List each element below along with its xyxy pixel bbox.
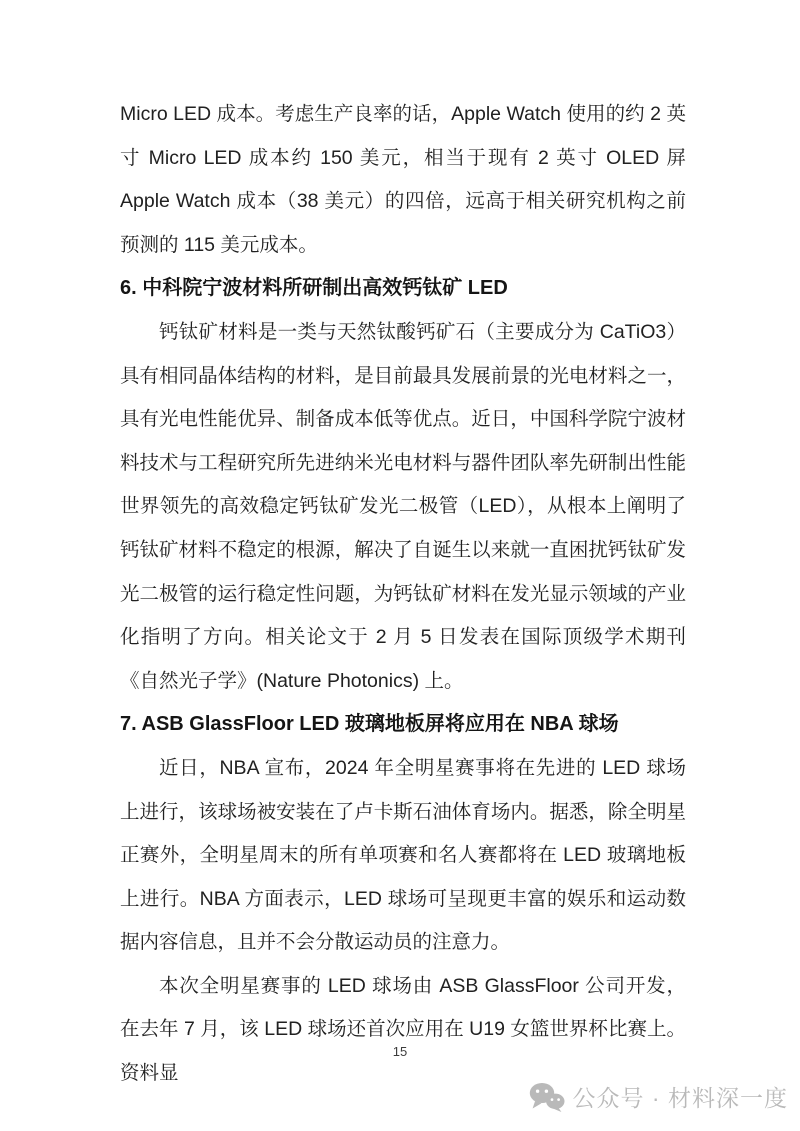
body-paragraph: 本次全明星赛事的 LED 球场由 ASB GlassFloor 公司开发，在去年… [120,965,686,1096]
watermark-label: 公众号 · 材料深一度 [573,1080,788,1113]
document-page: Micro LED 成本。考虑生产良率的话，Apple Watch 使用的约 2… [0,0,800,1131]
section-heading: 6. 中科院宁波材料所研制出高效钙钛矿 LED [120,267,686,311]
page-number: 15 [0,1044,800,1059]
section-heading: 7. ASB GlassFloor LED 玻璃地板屏将应用在 NBA 球场 [120,703,686,747]
body-paragraph: 钙钛矿材料是一类与天然钛酸钙矿石（主要成分为 CaTiO3）具有相同晶体结构的材… [120,311,686,703]
wechat-icon [529,1082,565,1112]
watermark: 公众号 · 材料深一度 [529,1080,788,1113]
body-paragraph: 近日，NBA 宣布，2024 年全明星赛事将在先进的 LED 球场上进行，该球场… [120,747,686,965]
body-paragraph: Micro LED 成本。考虑生产良率的话，Apple Watch 使用的约 2… [120,93,686,267]
document-content: Micro LED 成本。考虑生产良率的话，Apple Watch 使用的约 2… [120,93,686,1096]
